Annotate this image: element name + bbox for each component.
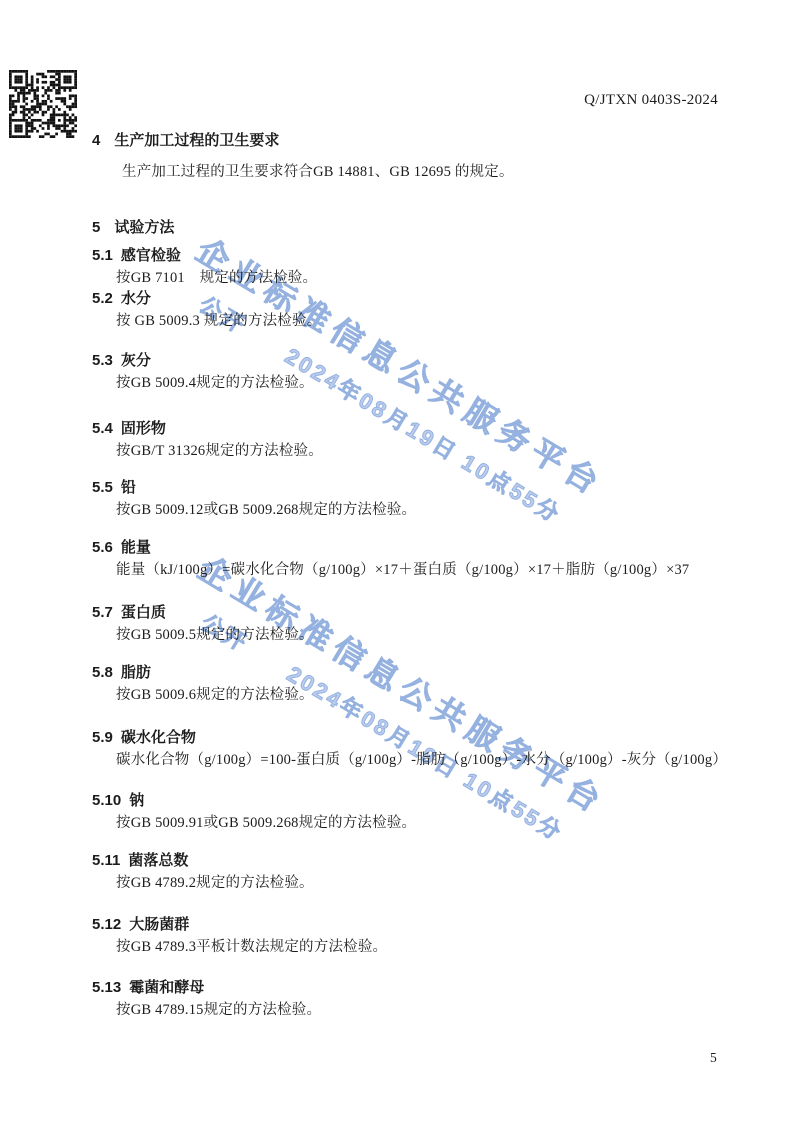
clause-body: 按GB 4789.2规定的方法检验。 — [92, 874, 778, 892]
clause-title: 碳水化合物 — [121, 729, 196, 746]
clause-heading: 5.12大肠菌群 — [92, 917, 778, 933]
clause-body: 按GB 5009.4规定的方法检验。 — [92, 374, 778, 392]
clause-heading: 5.2水分 — [92, 291, 778, 307]
clause-body: 按GB 4789.15规定的方法检验。 — [92, 1001, 778, 1019]
clause-title: 钠 — [129, 792, 144, 809]
clause-body: 按GB 5009.91或GB 5009.268规定的方法检验。 — [92, 814, 778, 832]
clause-title: 霉菌和酵母 — [129, 979, 204, 996]
clause-number: 5.6 — [92, 540, 113, 556]
clause-heading: 5.1感官检验 — [92, 248, 778, 264]
clause-title: 能量 — [121, 539, 151, 556]
clause-4: 4生产加工过程的卫生要求 生产加工过程的卫生要求符合GB 14881、GB 12… — [92, 133, 778, 181]
page-number: 5 — [710, 1050, 717, 1066]
clause-number: 5.9 — [92, 730, 113, 746]
clause-5-9: 5.9碳水化合物 碳水化合物（g/100g）=100-蛋白质（g/100g）-脂… — [92, 730, 778, 769]
clause-title: 菌落总数 — [128, 852, 188, 869]
clause-5: 5试验方法 — [92, 220, 778, 236]
clause-heading: 5.5铅 — [92, 480, 778, 496]
clause-heading: 5.6能量 — [92, 540, 778, 556]
clause-title: 生产加工过程的卫生要求 — [114, 132, 279, 149]
clause-number: 5.4 — [92, 421, 113, 437]
clause-number: 5 — [92, 220, 100, 236]
clause-heading: 5.9碳水化合物 — [92, 730, 778, 746]
clause-5-11: 5.11菌落总数 按GB 4789.2规定的方法检验。 — [92, 853, 778, 892]
clause-5-1: 5.1感官检验 按GB 7101 规定的方法检验。 — [92, 248, 778, 287]
clause-number: 5.1 — [92, 248, 113, 264]
clause-body: 按GB 5009.12或GB 5009.268规定的方法检验。 — [92, 501, 778, 519]
clause-5-12: 5.12大肠菌群 按GB 4789.3平板计数法规定的方法检验。 — [92, 917, 778, 956]
clause-heading: 5试验方法 — [92, 220, 778, 236]
clause-5-6: 5.6能量 能量（kJ/100g）=碳水化合物（g/100g）×17＋蛋白质（g… — [92, 540, 778, 579]
clause-heading: 5.3灰分 — [92, 353, 778, 369]
clause-5-13: 5.13霉菌和酵母 按GB 4789.15规定的方法检验。 — [92, 980, 778, 1019]
clause-title: 水分 — [121, 290, 151, 307]
clause-title: 感官检验 — [121, 247, 181, 264]
clause-body: 按GB 7101 规定的方法检验。 — [92, 269, 778, 287]
clause-number: 5.5 — [92, 480, 113, 496]
qr-code — [9, 70, 77, 138]
clause-5-8: 5.8脂肪 按GB 5009.6规定的方法检验。 — [92, 665, 778, 704]
clause-number: 5.8 — [92, 665, 113, 681]
clause-heading: 5.7蛋白质 — [92, 605, 778, 621]
clause-5-2: 5.2水分 按 GB 5009.3 规定的方法检验。 — [92, 291, 778, 330]
clause-body: 按GB 4789.3平板计数法规定的方法检验。 — [92, 938, 778, 956]
clause-body: 按GB 5009.6规定的方法检验。 — [92, 686, 778, 704]
clause-body: 按GB/T 31326规定的方法检验。 — [92, 442, 778, 460]
clause-body: 碳水化合物（g/100g）=100-蛋白质（g/100g）-脂肪（g/100g）… — [92, 751, 778, 769]
clause-heading: 4生产加工过程的卫生要求 — [92, 133, 778, 149]
clause-5-3: 5.3灰分 按GB 5009.4规定的方法检验。 — [92, 353, 778, 392]
clause-number: 5.7 — [92, 605, 113, 621]
clause-heading: 5.11菌落总数 — [92, 853, 778, 869]
clause-heading: 5.10钠 — [92, 793, 778, 809]
clause-title: 灰分 — [121, 352, 151, 369]
clause-body: 能量（kJ/100g）=碳水化合物（g/100g）×17＋蛋白质（g/100g）… — [92, 561, 778, 579]
clause-title: 试验方法 — [114, 219, 174, 236]
clause-title: 脂肪 — [121, 664, 151, 681]
clause-5-4: 5.4固形物 按GB/T 31326规定的方法检验。 — [92, 421, 778, 460]
clause-body: 按 GB 5009.3 规定的方法检验。 — [92, 312, 778, 330]
clause-number: 5.2 — [92, 291, 113, 307]
clause-number: 5.12 — [92, 917, 121, 933]
clause-heading: 5.8脂肪 — [92, 665, 778, 681]
clause-number: 5.10 — [92, 793, 121, 809]
clause-body: 生产加工过程的卫生要求符合GB 14881、GB 12695 的规定。 — [92, 163, 778, 181]
clause-title: 蛋白质 — [121, 604, 166, 621]
clause-number: 5.11 — [92, 853, 120, 869]
clause-heading: 5.4固形物 — [92, 421, 778, 437]
clause-title: 固形物 — [121, 420, 166, 437]
clause-5-5: 5.5铅 按GB 5009.12或GB 5009.268规定的方法检验。 — [92, 480, 778, 519]
clause-title: 铅 — [121, 479, 136, 496]
clause-number: 5.13 — [92, 980, 121, 996]
clause-number: 5.3 — [92, 353, 113, 369]
clause-title: 大肠菌群 — [129, 916, 189, 933]
standard-code: Q/JTXN 0403S-2024 — [584, 92, 718, 109]
clause-heading: 5.13霉菌和酵母 — [92, 980, 778, 996]
clause-5-7: 5.7蛋白质 按GB 5009.5规定的方法检验。 — [92, 605, 778, 644]
clause-number: 4 — [92, 133, 100, 149]
clause-5-10: 5.10钠 按GB 5009.91或GB 5009.268规定的方法检验。 — [92, 793, 778, 832]
clause-body: 按GB 5009.5规定的方法检验。 — [92, 626, 778, 644]
